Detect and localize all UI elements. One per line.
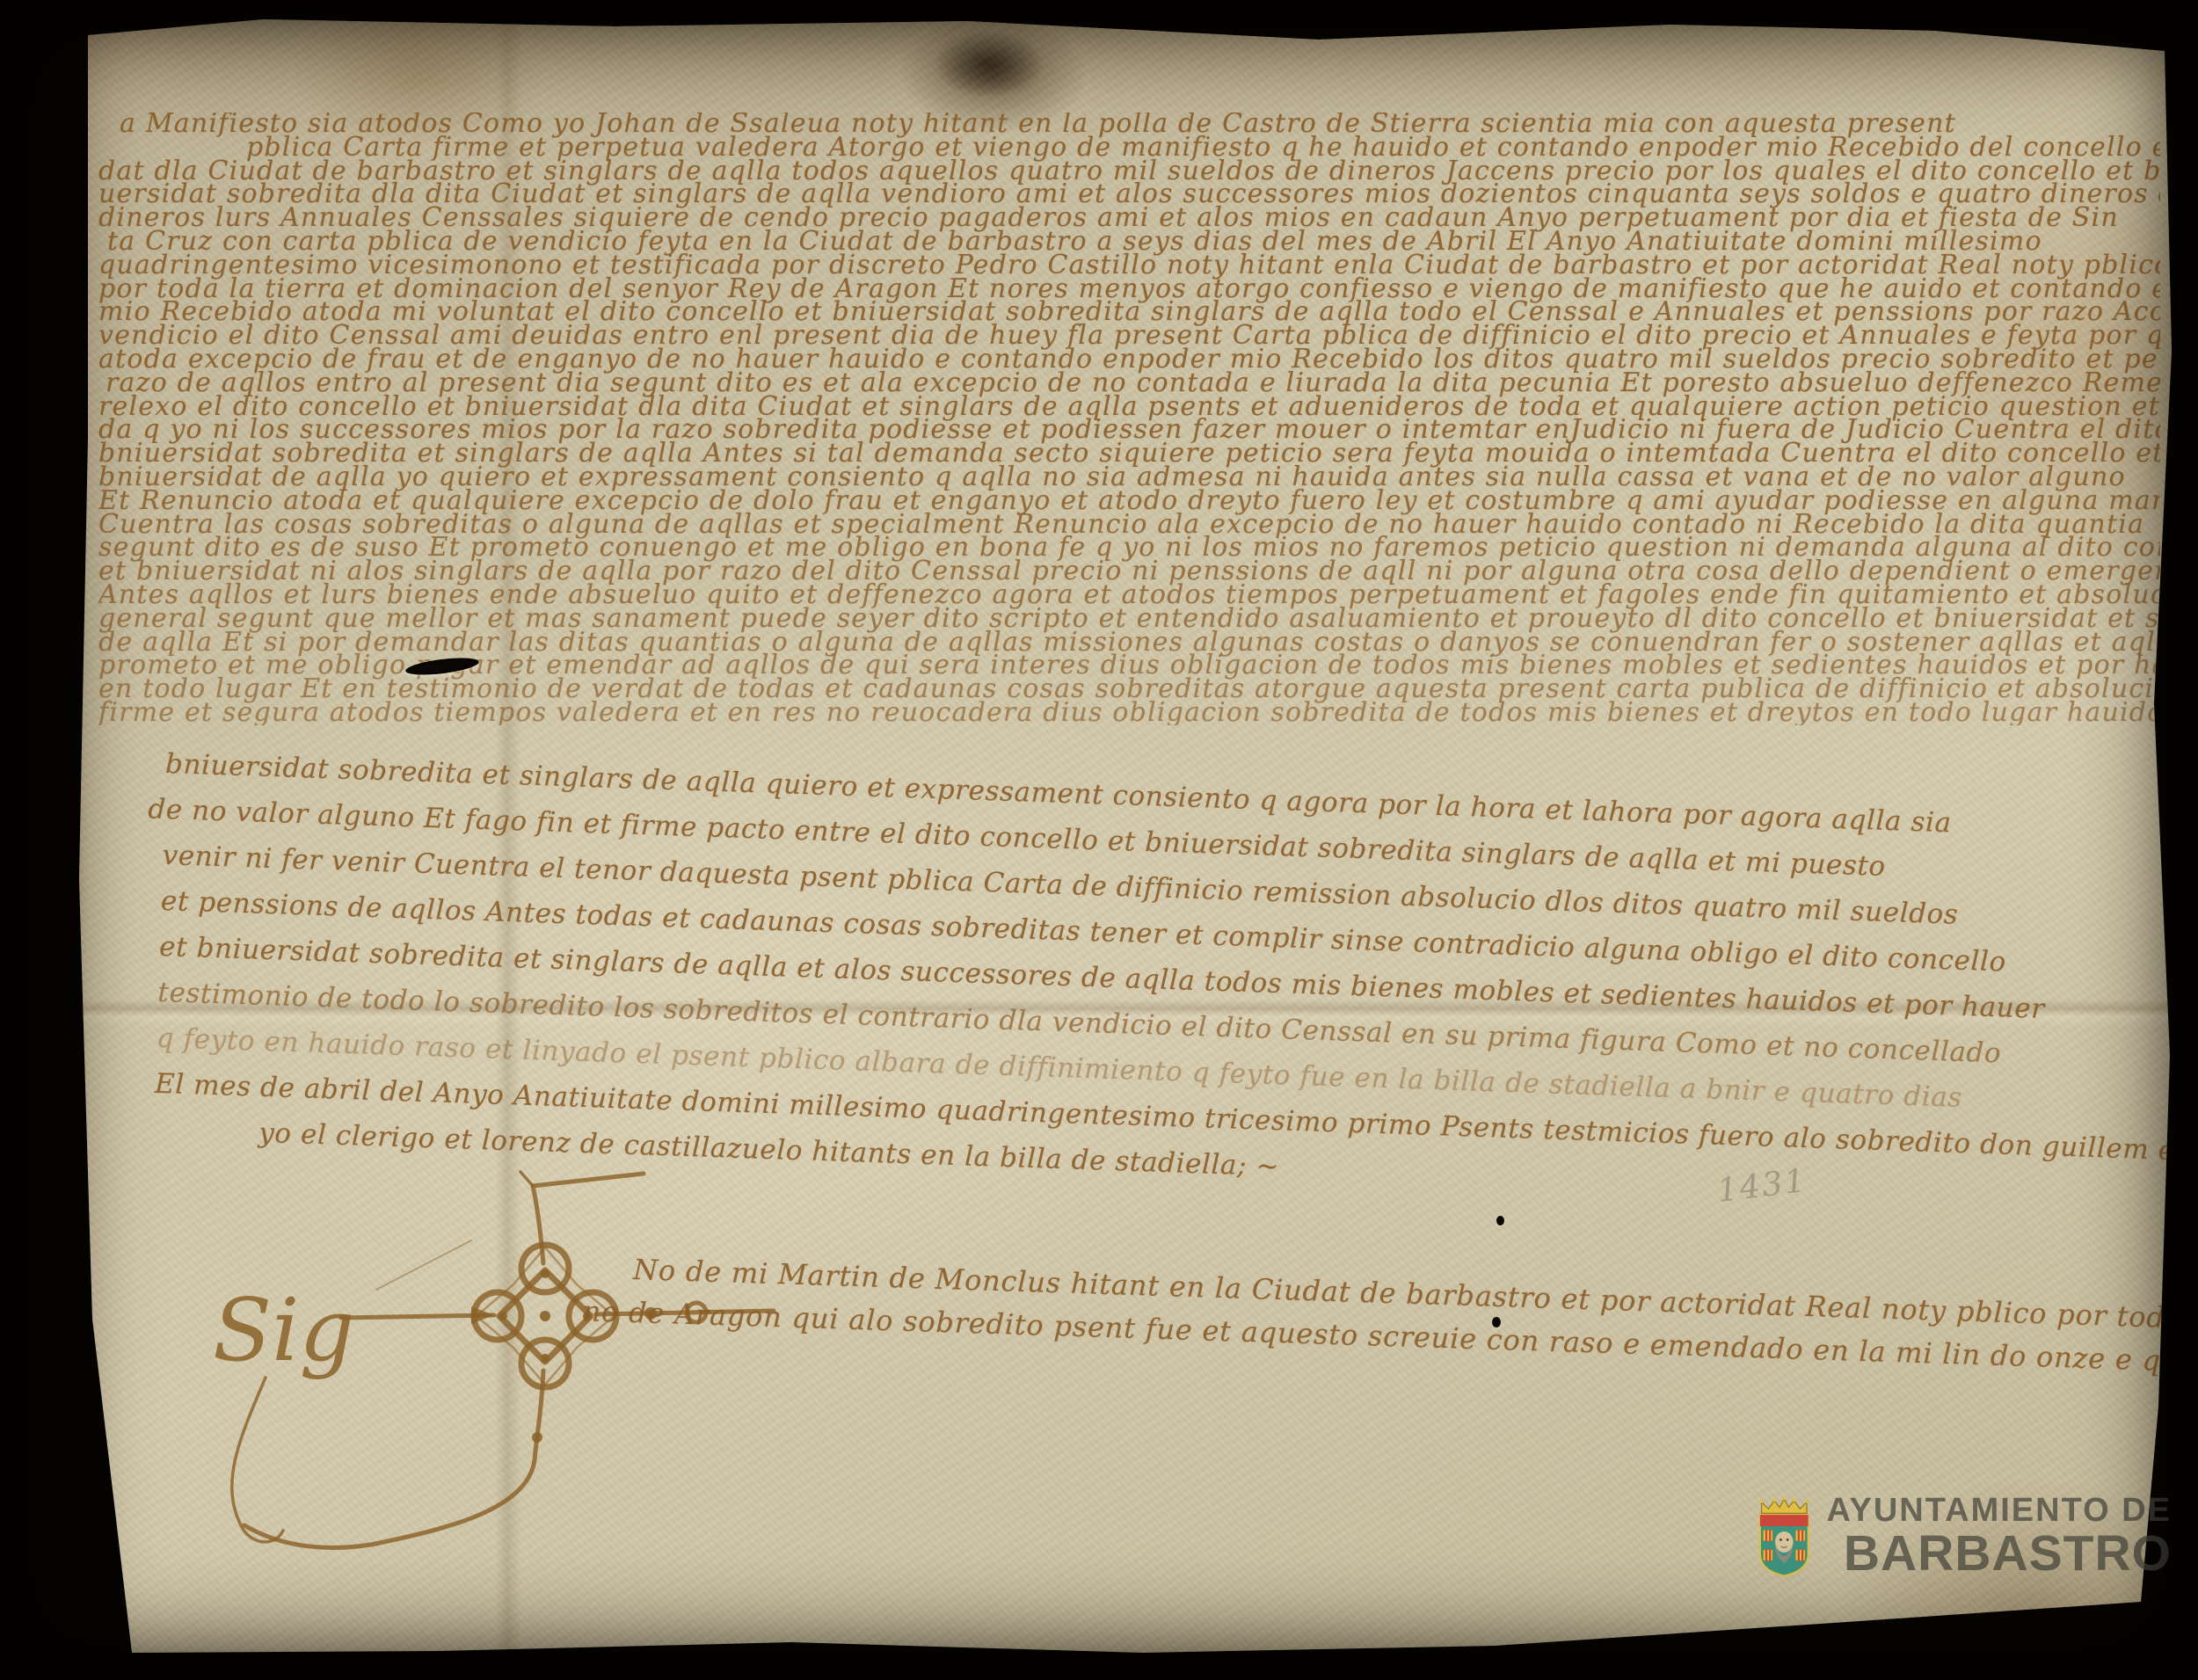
- ayuntamiento-watermark: AYUNTAMIENTO DE BARBASTRO: [1754, 1484, 2172, 1589]
- parchment-pinhole: [1492, 1317, 1501, 1327]
- parchment-pinhole: [1496, 1216, 1504, 1225]
- notarial-signum: Sig: [158, 1156, 782, 1569]
- parchment-sheet: a Manifiesto sia atodos Como yo Johan de…: [75, 13, 2180, 1659]
- manuscript-closing-text-block: bniuersidat sobredita et singlars de aql…: [152, 741, 2151, 1218]
- barbastro-coat-of-arms-icon: [1754, 1487, 1815, 1587]
- photo-of-parchment-charter: { "colors": { "backdrop": "#060402", "pa…: [0, 0, 2198, 1680]
- signum-sig-text: Sig: [213, 1281, 354, 1381]
- photo-stage: a Manifiesto sia atodos Como yo Johan de…: [0, 0, 2198, 1680]
- watermark-line1: AYUNTAMIENTO DE: [1827, 1494, 2172, 1529]
- watermark-text: AYUNTAMIENTO DE BARBASTRO: [1827, 1494, 2172, 1581]
- watermark-line2: BARBASTRO: [1827, 1528, 2172, 1580]
- manuscript-line: firme et segura atodos tiempos valedera …: [98, 702, 2160, 725]
- manuscript-main-text-block: a Manifiesto sia atodos Como yo Johan de…: [98, 113, 2160, 725]
- notary-subscription-block: No de mi Martin de Monclus hitant en la …: [547, 1246, 2198, 1385]
